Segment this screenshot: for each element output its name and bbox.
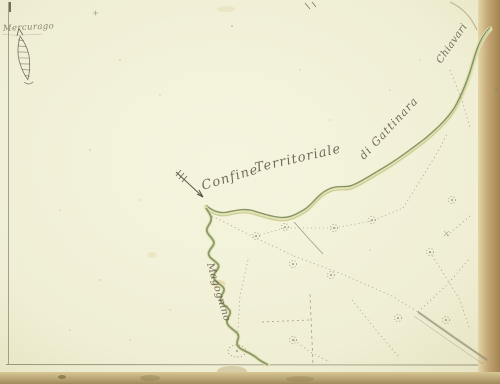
foxing-stain <box>217 6 235 12</box>
survey-marker-dot <box>397 317 399 319</box>
paper-speck <box>99 279 100 280</box>
paper-speck <box>329 119 330 120</box>
paper-speck <box>59 209 60 210</box>
ink-speck <box>231 25 233 27</box>
foxing-stain <box>147 252 157 258</box>
paper-speck <box>299 69 300 70</box>
scan-bottom-page-edge <box>0 372 500 384</box>
paper-speck <box>139 199 140 200</box>
frame-bottom-line <box>6 365 478 366</box>
survey-marker-dot <box>429 251 431 253</box>
edge-smudge <box>58 375 66 379</box>
edge-smudge <box>140 375 160 381</box>
paper-speck <box>89 149 90 150</box>
survey-marker-dot <box>284 226 286 228</box>
paper-speck <box>369 249 370 250</box>
map-scan: Mercurago Confine Territoriale di Gattin… <box>0 0 500 384</box>
paper-speck <box>389 89 390 90</box>
survey-marker-dot <box>292 263 294 265</box>
survey-marker-dot <box>333 227 335 229</box>
paper-speck <box>159 94 160 95</box>
paper-speck <box>119 59 120 60</box>
survey-marker-dot <box>451 199 453 201</box>
survey-marker-dot <box>371 219 373 221</box>
edge-smudge <box>286 376 314 382</box>
survey-marker-dot <box>236 350 238 352</box>
survey-marker-dot <box>255 235 257 237</box>
paper-background <box>0 0 500 384</box>
paper-speck <box>419 59 420 60</box>
survey-marker-dot <box>330 274 332 276</box>
survey-marker-dot <box>445 319 447 321</box>
paper-speck <box>129 339 130 340</box>
map-canvas: Mercurago Confine Territoriale di Gattin… <box>0 0 500 384</box>
survey-marker-dot <box>292 339 294 341</box>
scan-right-page-edge <box>478 0 500 384</box>
paper-speck <box>169 309 170 310</box>
paper-speck <box>69 329 70 330</box>
